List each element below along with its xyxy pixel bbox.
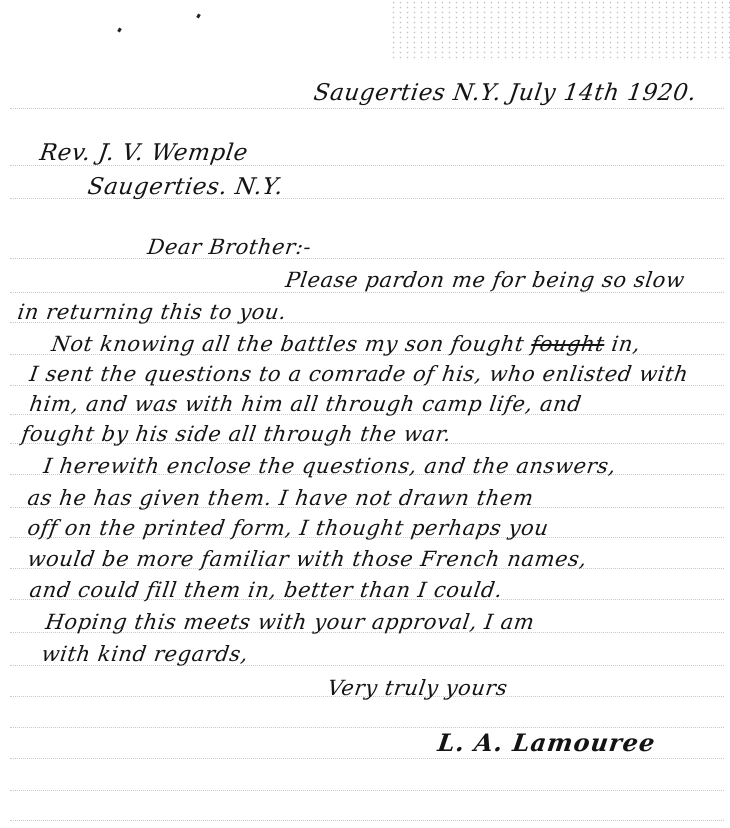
body-line-2: in returning this to you.	[16, 300, 288, 324]
body-line-4: I sent the questions to a comrade of his…	[28, 362, 690, 386]
body-line-5: him, and was with him all through camp l…	[28, 392, 583, 416]
recipient-location: Saugerties. N.Y.	[86, 174, 285, 200]
body-line-9: off on the printed form, I thought perha…	[26, 516, 550, 540]
ruled-line	[10, 758, 724, 759]
scan-speck	[196, 14, 201, 19]
body-line-11: and could fill them in, better than I co…	[28, 578, 504, 602]
letter-page: Saugerties N.Y. July 14th 1920. Rev. J. …	[0, 0, 730, 828]
date-line: Saugerties N.Y. July 14th 1920.	[312, 80, 698, 106]
ruled-line	[10, 790, 724, 791]
body-line-8: as he has given them. I have not drawn t…	[26, 486, 535, 510]
ruled-line	[10, 820, 724, 821]
body-line-3: Not knowing all the battles my son fough…	[50, 332, 642, 356]
signature: L. A. Lamouree	[436, 728, 657, 757]
struck-word: fought	[530, 332, 606, 356]
closing: Very truly yours	[326, 676, 509, 700]
body-line-7: I herewith enclose the questions, and th…	[42, 454, 618, 478]
recipient-name: Rev. J. V. Wemple	[38, 140, 250, 166]
ruled-line	[10, 258, 724, 259]
body-line-13: with kind regards,	[40, 642, 250, 666]
body-line-3-text: Not knowing all the battles my son fough…	[50, 332, 526, 356]
salutation: Dear Brother:-	[146, 235, 313, 259]
scan-speck	[117, 28, 122, 33]
ruled-line	[10, 292, 724, 293]
ruled-line	[10, 108, 724, 109]
body-line-1: Please pardon me for being so slow	[284, 268, 686, 292]
body-line-10: would be more familiar with those French…	[26, 547, 589, 571]
scan-noise	[390, 0, 730, 60]
body-line-3-end: in,	[610, 332, 642, 356]
body-line-6: fought by his side all through the war.	[20, 422, 453, 446]
body-line-12: Hoping this meets with your approval, I …	[44, 610, 536, 634]
